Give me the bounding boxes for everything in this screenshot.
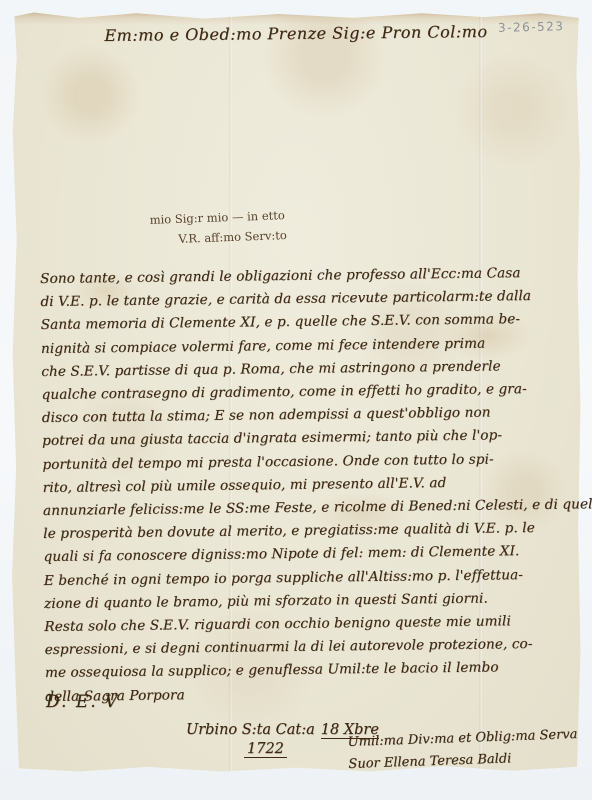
date-year: 1722 (244, 741, 287, 758)
dateline-place: Urbino S:ta Cat:a (186, 722, 315, 738)
signature-block: Umil:ma Div:ma et Oblig:ma Serva Suor El… (347, 724, 578, 776)
marginal-annotation: mio Sig:r mio — in etto V.R. aff:mo Serv… (149, 202, 370, 250)
letter-body: Sono tante, e così grandi le obligazioni… (40, 262, 577, 709)
closing-initials: D. E. V (46, 692, 119, 712)
scanned-letter-view: { "page": { "archive_number": "3-26-523"… (0, 0, 592, 800)
